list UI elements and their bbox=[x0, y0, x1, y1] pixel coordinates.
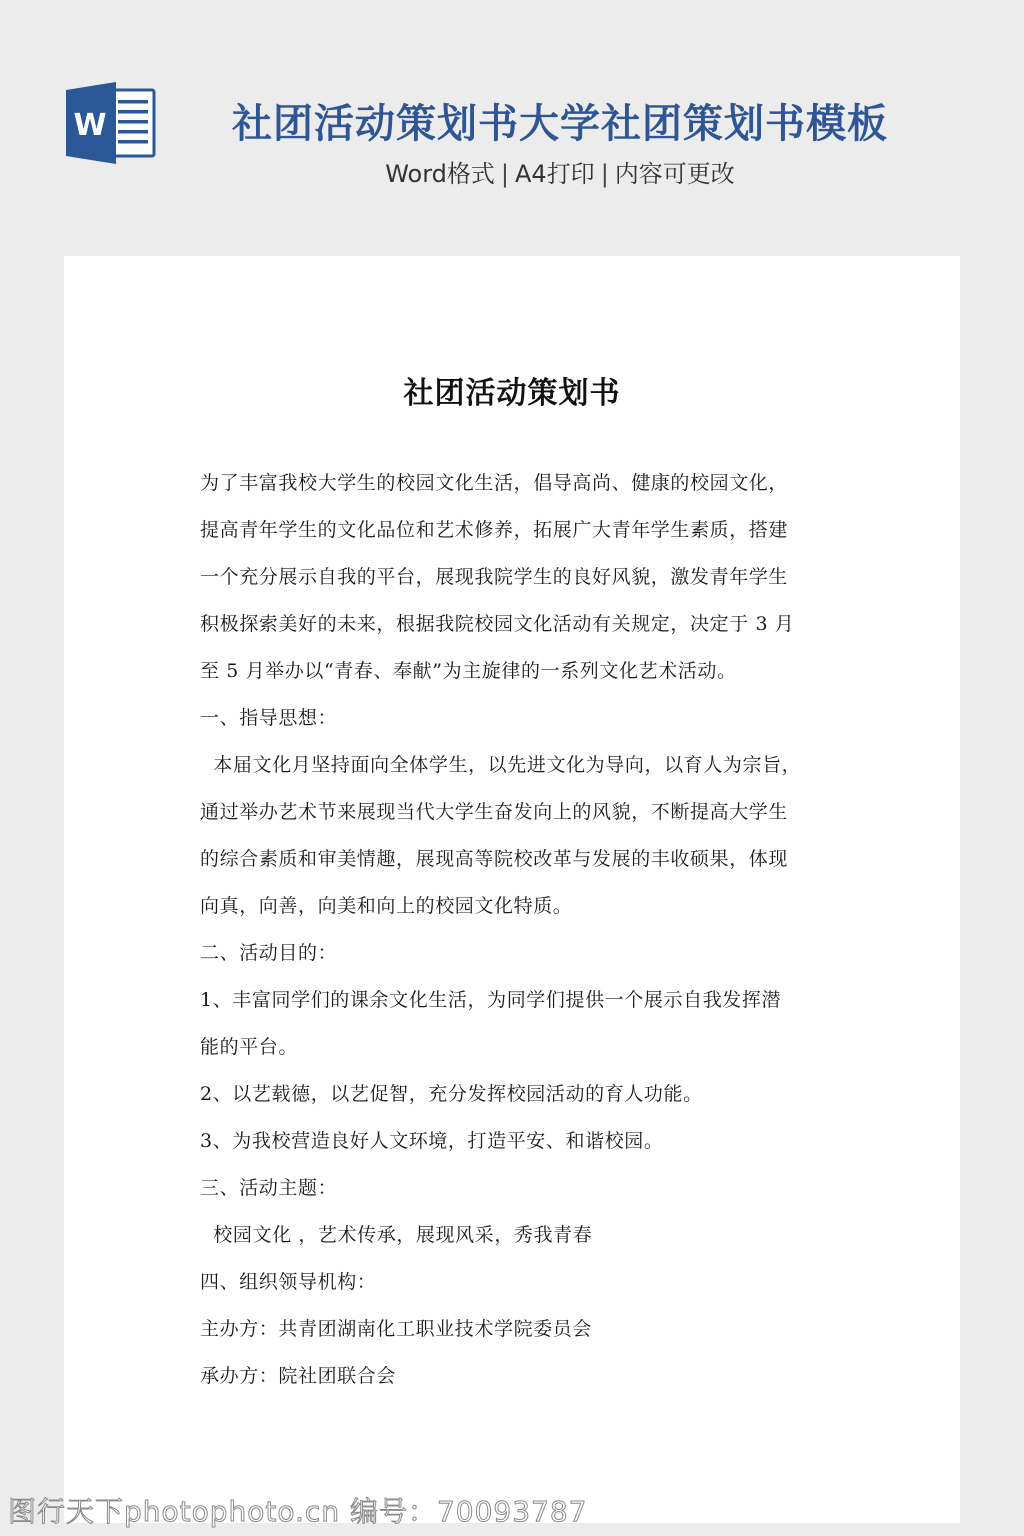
document-page: 社团活动策划书 为了丰富我校大学生的校园文化生活，倡导高尚、健康的校园文化， 提… bbox=[64, 256, 960, 1523]
section-heading: 二、活动目的： bbox=[200, 936, 828, 983]
list-item-continued: 能的平台。 bbox=[200, 1030, 828, 1077]
template-title: 社团活动策划书大学社团策划书模板 bbox=[200, 92, 920, 149]
body-line: 本届文化月坚持面向全体学生，以先进文化为导向，以育人为宗旨， bbox=[200, 748, 828, 795]
page-header: W 社团活动策划书大学社团策划书模板 Word格式|A4打印|内容可更改 bbox=[0, 0, 1024, 256]
document-body: 为了丰富我校大学生的校园文化生活，倡导高尚、健康的校园文化， 提高青年学生的文化… bbox=[200, 466, 828, 1406]
template-subtitle: Word格式|A4打印|内容可更改 bbox=[200, 154, 920, 189]
body-line: 提高青年学生的文化品位和艺术修养，拓展广大青年学生素质，搭建 bbox=[200, 513, 828, 560]
section-heading: 三、活动主题： bbox=[200, 1171, 828, 1218]
body-line: 通过举办艺术节来展现当代大学生奋发向上的风貌，不断提高大学生 bbox=[200, 795, 828, 842]
section-heading: 四、组织领导机构： bbox=[200, 1265, 828, 1312]
body-line: 至 5 月举办以“青春、奉献”为主旋律的一系列文化艺术活动。 bbox=[200, 654, 828, 701]
body-line: 向真，向善，向美和向上的校园文化特质。 bbox=[200, 889, 828, 936]
separator: | bbox=[601, 160, 609, 188]
watermark: 图行天下photophoto.cn 编号：70093787 bbox=[8, 1490, 588, 1530]
subtitle-print: A4打印 bbox=[515, 160, 595, 188]
document-title: 社团活动策划书 bbox=[64, 368, 960, 412]
organizer-line: 主办方：共青团湖南化工职业技术学院委员会 bbox=[200, 1312, 828, 1359]
list-item: 2、以艺载德，以艺促智，充分发挥校园活动的育人功能。 bbox=[200, 1077, 828, 1124]
subtitle-editable: 内容可更改 bbox=[615, 160, 735, 188]
section-heading: 一、指导思想： bbox=[200, 701, 828, 748]
body-line: 的综合素质和审美情趣，展现高等院校改革与发展的丰收硕果，体现 bbox=[200, 842, 828, 889]
theme-line: 校园文化 ，艺术传承，展现风采，秀我青春 bbox=[200, 1218, 828, 1265]
co-organizer-line: 承办方：院社团联合会 bbox=[200, 1359, 828, 1406]
body-line: 一个充分展示自我的平台，展现我院学生的良好风貌，激发青年学生 bbox=[200, 560, 828, 607]
word-document-icon: W bbox=[64, 80, 160, 166]
separator: | bbox=[501, 160, 509, 188]
subtitle-format: Word格式 bbox=[385, 160, 495, 188]
svg-text:W: W bbox=[73, 108, 106, 143]
list-item: 1、丰富同学们的课余文化生活，为同学们提供一个展示自我发挥潜 bbox=[200, 983, 828, 1030]
body-line: 为了丰富我校大学生的校园文化生活，倡导高尚、健康的校园文化， bbox=[200, 466, 828, 513]
body-line: 积极探索美好的未来，根据我院校园文化活动有关规定，决定于 3 月 bbox=[200, 607, 828, 654]
list-item: 3、为我校营造良好人文环境，打造平安、和谐校园。 bbox=[200, 1124, 828, 1171]
